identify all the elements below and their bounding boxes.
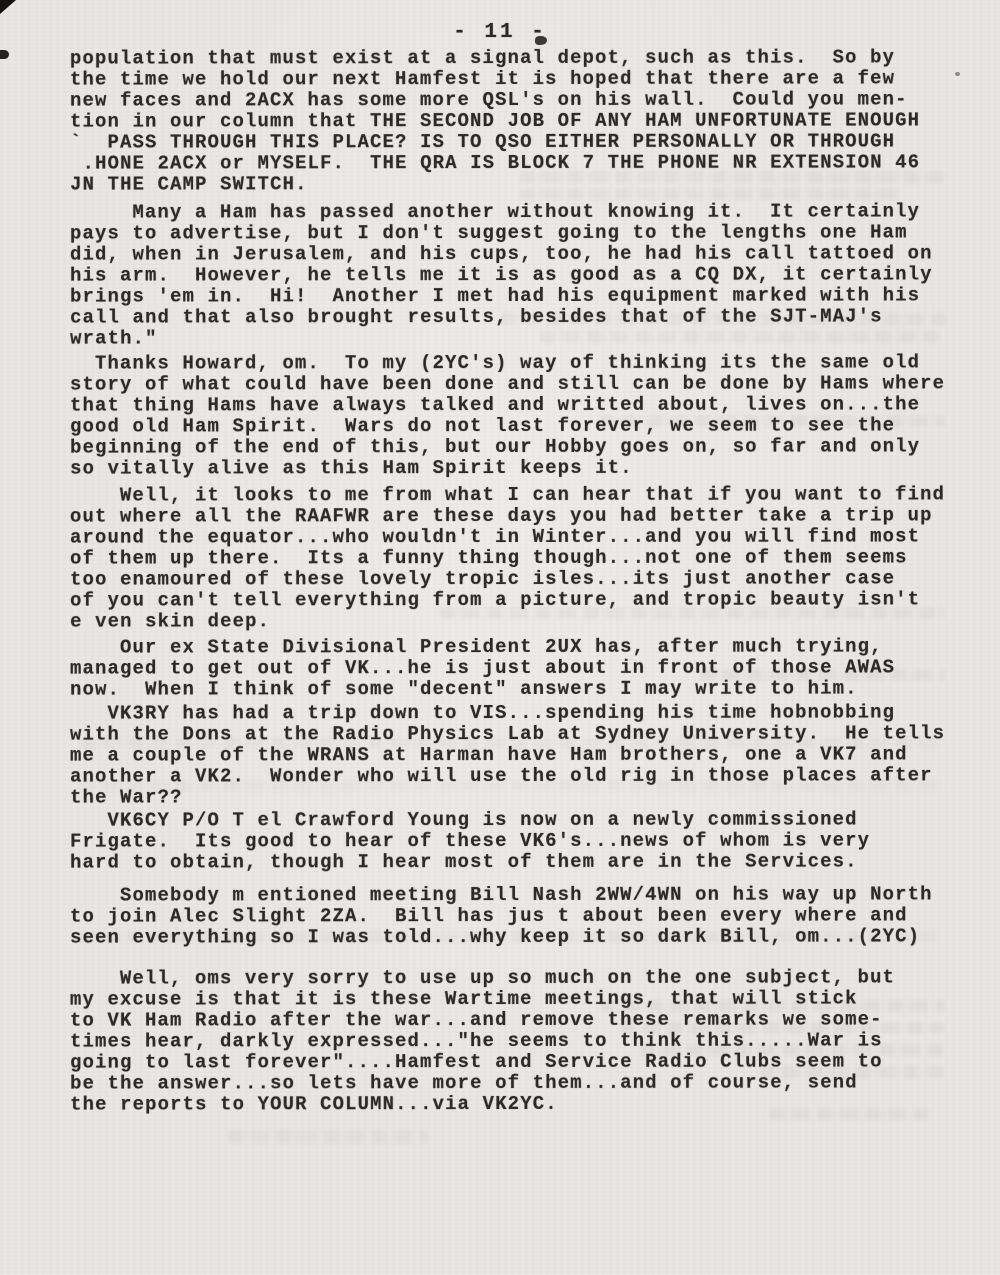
body-paragraph-8: Somebody m entioned meeting Bill Nash 2W… bbox=[70, 884, 946, 948]
body-paragraph-1: population that must exist at a signal d… bbox=[70, 47, 946, 195]
body-paragraph-3: Thanks Howard, om. To my (2YC's) way of … bbox=[70, 352, 946, 479]
body-paragraph-7: VK6CY P/O T el Crawford Young is now on … bbox=[70, 809, 946, 873]
body-paragraph-2: Many a Ham has passed another without kn… bbox=[70, 201, 946, 349]
body-paragraph-9: Well, oms very sorry to use up so much o… bbox=[70, 967, 946, 1115]
document-body: population that must exist at a signal d… bbox=[70, 48, 946, 1115]
ink-speck bbox=[0, 50, 9, 59]
page-number: - 11 - bbox=[0, 21, 1000, 43]
body-paragraph-5: Our ex State Divisional President 2UX ha… bbox=[70, 636, 946, 700]
ink-speck bbox=[955, 72, 960, 76]
body-paragraph-6: VK3RY has had a trip down to VIS...spend… bbox=[70, 702, 946, 808]
scanned-document-page: - 11 - population that must exist at a s… bbox=[0, 0, 1000, 1275]
scan-corner-mark bbox=[0, 0, 16, 14]
body-paragraph-4: Well, it looks to me from what I can hea… bbox=[70, 484, 946, 632]
bleedthrough-continued-note-smudge bbox=[228, 1130, 428, 1144]
